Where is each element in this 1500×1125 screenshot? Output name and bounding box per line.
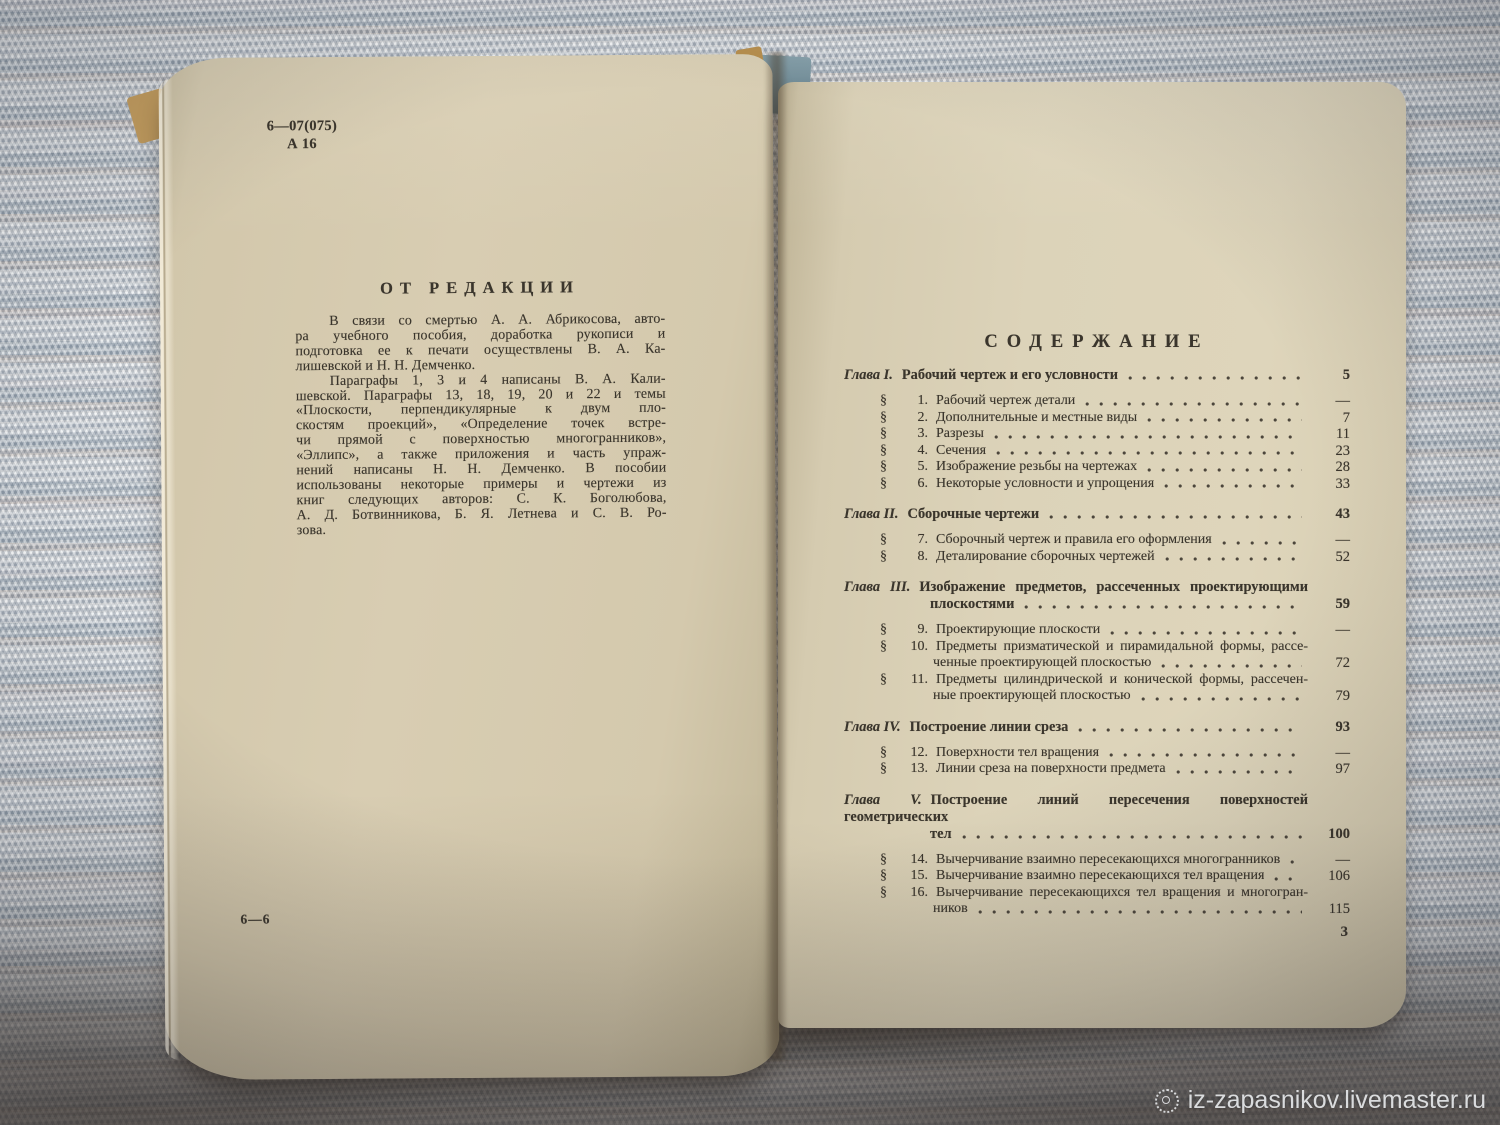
toc-section-number: §6.: [880, 476, 928, 493]
toc-section-entry: §6.Некоторые условности и упрощения33: [844, 476, 1350, 493]
toc-section-number: §12.: [880, 745, 928, 762]
toc-entry-text: плоскостями: [844, 596, 1014, 613]
toc-page-number: —: [1308, 622, 1350, 639]
watermark: iz-zapasnikov.livemaster.ru: [1155, 1086, 1486, 1115]
toc-section-number-part: §: [880, 622, 887, 639]
toc-dot-leader: [1274, 870, 1302, 885]
toc-dot-leader: [994, 428, 1302, 443]
toc-entry-text: §2.Дополнительные и местные виды: [880, 410, 1137, 427]
toc-section-number-part: 5.: [918, 459, 929, 476]
toc-entry-last-line: ченные проектирующей плоскостью72: [880, 655, 1350, 672]
toc-entry-last-line: §4.Сечения23: [880, 443, 1350, 460]
toc-entries: Глава I.Рабочий чертеж и его условности5…: [844, 367, 1350, 918]
toc-section-number-part: 4.: [918, 443, 929, 460]
toc-section-number-part: §: [880, 672, 887, 689]
toc-section-entry: §15.Вычерчивание взаимно пересекающихся …: [844, 868, 1350, 885]
toc-section-entry: §14.Вычерчивание взаимно пересекающихся …: [844, 852, 1350, 869]
toc-page-number: 97: [1308, 761, 1350, 778]
toc-section-entry: §4.Сечения23: [844, 443, 1350, 460]
editorial-text-line: зова.: [297, 521, 667, 538]
toc-entry-text: §15.Вычерчивание взаимно пересекающихся …: [880, 868, 1264, 885]
toc-entry-last-line: §8.Деталирование сборочных чертежей52: [880, 549, 1350, 566]
toc-entry-text: Глава IV.Построение линии среза: [844, 719, 1068, 736]
toc-section-number: §4.: [880, 443, 928, 460]
toc-section-number-part: §: [880, 410, 887, 427]
toc-page-number: 115: [1308, 901, 1350, 918]
toc-section-number: §2.: [880, 410, 928, 427]
toc-dot-leader: [1164, 477, 1302, 492]
toc-section-number: §15.: [880, 868, 928, 885]
editorial-text-line: А. Д. Ботвинникова, Б. Я. Летнева и С. В…: [297, 506, 667, 523]
toc-dot-leader: [996, 444, 1302, 459]
toc-page-number: —: [1308, 745, 1350, 762]
toc-entry-text: §12.Поверхности тел вращения: [880, 745, 1099, 762]
toc-dot-leader: [1222, 534, 1302, 549]
toc-section-number-part: 3.: [918, 426, 929, 443]
toc-page-number: 11: [1308, 426, 1350, 443]
toc-entry-line: §10.Предметы призматической и пирамидаль…: [880, 639, 1308, 656]
toc-section-number-part: §: [880, 393, 887, 410]
toc-entry-last-line: §2.Дополнительные и местные виды7: [880, 410, 1350, 427]
toc-section-number-part: §: [880, 459, 887, 476]
toc-section-number-part: §: [880, 443, 887, 460]
toc-section-number-part: 14.: [911, 852, 929, 869]
toc-dot-leader: [962, 828, 1302, 843]
toc-chapter-number: Глава II.: [844, 506, 898, 522]
toc-page-number: 100: [1308, 826, 1350, 843]
toc-section-entry: §1.Рабочий чертеж детали—: [844, 393, 1350, 410]
toc-dot-leader: [1147, 411, 1302, 426]
toc-section-number: §16.: [880, 885, 928, 902]
toc-entry-last-line: §12.Поверхности тел вращения—: [880, 745, 1350, 762]
toc-section-entry: §8.Деталирование сборочных чертежей52: [844, 549, 1350, 566]
toc-page-number: 5: [1308, 367, 1350, 384]
toc-section-number-part: 15.: [911, 868, 929, 885]
toc-entry-text: Глава I.Рабочий чертеж и его условности: [844, 367, 1118, 384]
toc-chapter-entry: Глава II.Сборочные чертежи43: [844, 506, 1350, 523]
toc-page-number: 33: [1308, 476, 1350, 493]
toc-dot-leader: [1049, 508, 1302, 523]
toc-entry-text: §9.Проектирующие плоскости: [880, 622, 1100, 639]
toc-dot-leader: [1147, 461, 1302, 476]
photo-open-book: 6—07(075) А 16 ОТ РЕДАКЦИИ В связи со см…: [0, 0, 1500, 1125]
toc-entry-last-line: ные проектирующей плоскостью79: [880, 688, 1350, 705]
printers-code: 6—6: [240, 911, 270, 927]
toc-section-number-part: 12.: [911, 745, 929, 762]
toc-entry-line: §16.Вычерчивание пересекающихся тел вращ…: [880, 885, 1308, 902]
catalog-code: 6—07(075) А 16: [244, 117, 360, 154]
toc-page-number: 93: [1308, 719, 1350, 736]
toc-section-number-part: 7.: [918, 532, 929, 549]
toc-entry-text: §7.Сборочный чертеж и правила его оформл…: [880, 532, 1212, 549]
toc-entry-line: Глава III.Изображение предметов, рассече…: [844, 579, 1308, 596]
toc-entry-line: Глава V.Построение линий пересечения пов…: [844, 792, 1308, 826]
toc-section-number-part: §: [880, 532, 887, 549]
toc-chapter-entry: Глава III.Изображение предметов, рассече…: [844, 579, 1350, 613]
toc-dot-leader: [1078, 721, 1302, 736]
toc-dot-leader: [1141, 690, 1302, 705]
toc-dot-leader: [1161, 657, 1302, 672]
toc-section-number: §10.: [880, 639, 928, 656]
toc-chapter-entry: Глава I.Рабочий чертеж и его условности5: [844, 367, 1350, 384]
toc-section-number-part: §: [880, 476, 887, 493]
toc-entry-last-line: §5.Изображение резьбы на чертежах28: [880, 459, 1350, 476]
toc-chapter-number: Глава IV.: [844, 719, 901, 735]
toc-entry-text: ченные проектирующей плоскостью: [880, 655, 1151, 672]
toc-dot-leader: [1176, 763, 1302, 778]
toc-entry-last-line: §3.Разрезы11: [880, 426, 1350, 443]
toc-section-entry: §5.Изображение резьбы на чертежах28: [844, 459, 1350, 476]
toc-section-number-part: 1.: [918, 393, 929, 410]
toc-page-number: 43: [1308, 506, 1350, 523]
toc-section-number-part: 8.: [918, 549, 929, 566]
toc-section-entry: §12.Поверхности тел вращения—: [844, 745, 1350, 762]
toc-page-number: 106: [1308, 868, 1350, 885]
toc-section-number: §8.: [880, 549, 928, 566]
toc-dot-leader: [1085, 395, 1302, 410]
toc-section-number-part: 2.: [918, 410, 929, 427]
toc-page-number: 52: [1308, 549, 1350, 566]
editorial-heading: ОТ РЕДАКЦИИ: [295, 277, 665, 300]
toc-section-number-part: §: [880, 426, 887, 443]
toc-entry-last-line: §14.Вычерчивание взаимно пересекающихся …: [880, 852, 1350, 869]
toc-page-number: 79: [1308, 688, 1350, 705]
editorial-paragraphs: В связи со смертью А. А. Абрикосова, авт…: [295, 313, 667, 539]
toc-entry-last-line: §7.Сборочный чертеж и правила его оформл…: [880, 532, 1350, 549]
toc-entry-line: §11.Предметы цилиндрической и конической…: [880, 672, 1308, 689]
right-page: СОДЕРЖАНИЕ Глава I.Рабочий чертеж и его …: [778, 82, 1406, 1028]
toc-section-entry: §16.Вычерчивание пересекающихся тел вращ…: [844, 885, 1350, 918]
toc-entry-last-line: Глава II.Сборочные чертежи43: [844, 506, 1350, 523]
toc-section-entry: §9.Проектирующие плоскости—: [844, 622, 1350, 639]
toc-section-entry: §10.Предметы призматической и пирамидаль…: [844, 639, 1350, 672]
toc-chapter-number: Глава I.: [844, 367, 893, 383]
toc-entry-text: §8.Деталирование сборочных чертежей: [880, 549, 1155, 566]
toc-section-entry: §11.Предметы цилиндрической и конической…: [844, 672, 1350, 705]
toc-section-number: §11.: [880, 672, 928, 689]
catalog-code-line2: А 16: [244, 135, 360, 154]
watermark-text: iz-zapasnikov.livemaster.ru: [1188, 1086, 1486, 1115]
toc-dot-leader: [1128, 369, 1302, 384]
toc-entry-last-line: §9.Проектирующие плоскости—: [880, 622, 1350, 639]
toc-section-number-part: §: [880, 639, 887, 656]
toc-page-number: —: [1308, 852, 1350, 869]
table-of-contents: СОДЕРЖАНИЕ Глава I.Рабочий чертеж и его …: [844, 332, 1350, 941]
toc-chapter-entry: Глава V.Построение линий пересечения пов…: [844, 792, 1350, 843]
toc-page-number: 23: [1308, 443, 1350, 460]
toc-entry-text: §6.Некоторые условности и упрощения: [880, 476, 1154, 493]
toc-section-number: §13.: [880, 761, 928, 778]
toc-dot-leader: [1110, 624, 1302, 639]
toc-section-number-part: 9.: [918, 622, 929, 639]
toc-entry-last-line: плоскостями59: [844, 596, 1350, 613]
toc-dot-leader: [978, 903, 1302, 918]
toc-entry-last-line: тел100: [844, 826, 1350, 843]
toc-entry-text: §5.Изображение резьбы на чертежах: [880, 459, 1137, 476]
catalog-code-line1: 6—07(075): [244, 117, 360, 136]
toc-section-number-part: §: [880, 868, 887, 885]
toc-entry-text: тел: [844, 826, 952, 843]
toc-entry-last-line: §13.Линии среза на поверхности предмета9…: [880, 761, 1350, 778]
toc-section-entry: §3.Разрезы11: [844, 426, 1350, 443]
toc-entry-text: §3.Разрезы: [880, 426, 984, 443]
toc-section-number-part: 11.: [911, 672, 928, 689]
toc-entry-text: §13.Линии среза на поверхности предмета: [880, 761, 1166, 778]
toc-section-number: §14.: [880, 852, 928, 869]
toc-section-number: §3.: [880, 426, 928, 443]
toc-section-number-part: 10.: [911, 639, 929, 656]
page-number: 3: [844, 924, 1350, 941]
toc-entry-last-line: §1.Рабочий чертеж детали—: [880, 393, 1350, 410]
toc-chapter-number: Глава III.: [844, 579, 910, 595]
toc-dot-leader: [1109, 746, 1302, 761]
toc-section-number: §9.: [880, 622, 928, 639]
toc-entry-text: §1.Рабочий чертеж детали: [880, 393, 1075, 410]
toc-entry-text: §14.Вычерчивание взаимно пересекающихся …: [880, 852, 1280, 869]
toc-dot-leader: [1290, 853, 1302, 868]
toc-page-number: 72: [1308, 655, 1350, 672]
toc-page-number: —: [1308, 393, 1350, 410]
toc-section-number-part: §: [880, 745, 887, 762]
toc-section-number-part: 16.: [911, 885, 929, 902]
toc-entry-text: Глава II.Сборочные чертежи: [844, 506, 1039, 523]
toc-section-entry: §13.Линии среза на поверхности предмета9…: [844, 761, 1350, 778]
toc-page-number: 59: [1308, 596, 1350, 613]
toc-entry-text: ников: [880, 901, 968, 918]
toc-section-number-part: 13.: [911, 761, 929, 778]
toc-page-number: —: [1308, 532, 1350, 549]
left-page: 6—07(075) А 16 ОТ РЕДАКЦИИ В связи со см…: [158, 54, 779, 1080]
toc-section-number-part: 6.: [918, 476, 929, 493]
toc-dot-leader: [1165, 550, 1302, 565]
toc-section-number-part: §: [880, 549, 887, 566]
toc-entry-last-line: §6.Некоторые условности и упрощения33: [880, 476, 1350, 493]
toc-entry-last-line: §15.Вычерчивание взаимно пересекающихся …: [880, 868, 1350, 885]
toc-page-number: 7: [1308, 410, 1350, 427]
toc-section-number: §5.: [880, 459, 928, 476]
toc-section-number-part: §: [880, 761, 887, 778]
toc-page-number: 28: [1308, 459, 1350, 476]
toc-chapter-number: Глава V.: [844, 792, 922, 808]
toc-section-number-part: §: [880, 852, 887, 869]
toc-entry-last-line: Глава IV.Построение линии среза93: [844, 719, 1350, 736]
toc-section-number: §7.: [880, 532, 928, 549]
toc-entry-last-line: ников115: [880, 901, 1350, 918]
toc-title: СОДЕРЖАНИЕ: [844, 332, 1350, 353]
toc-entry-last-line: Глава I.Рабочий чертеж и его условности5: [844, 367, 1350, 384]
toc-section-number: §1.: [880, 393, 928, 410]
toc-entry-text: ные проектирующей плоскостью: [880, 688, 1131, 705]
toc-dot-leader: [1024, 598, 1302, 613]
watermark-flower-icon: [1155, 1089, 1179, 1113]
toc-section-entry: §2.Дополнительные и местные виды7: [844, 410, 1350, 427]
editorial-text-line: подготовка ее к печати осуществлены В. А…: [295, 342, 665, 359]
toc-section-entry: §7.Сборочный чертеж и правила его оформл…: [844, 532, 1350, 549]
toc-section-number-part: §: [880, 885, 887, 902]
toc-chapter-entry: Глава IV.Построение линии среза93: [844, 719, 1350, 736]
toc-entry-text: §4.Сечения: [880, 443, 986, 460]
